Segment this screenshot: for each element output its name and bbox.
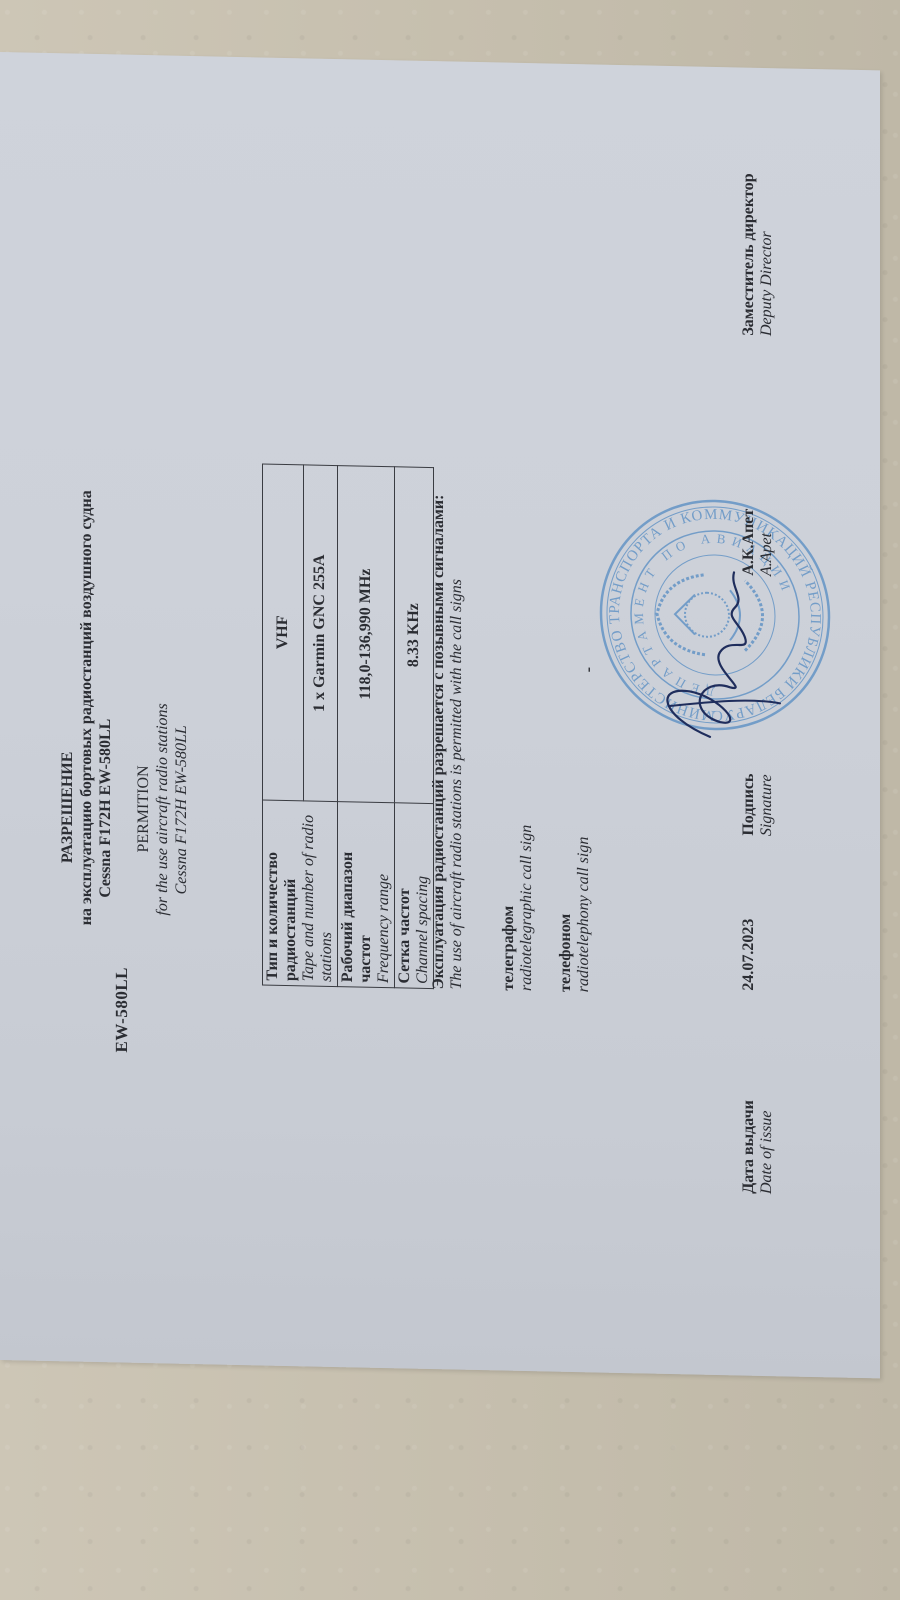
table-row: Сетка частот Channel spacing 8.33 KHz — [395, 467, 434, 989]
radio-spec-table: Тип и количество радиостанций Tape and n… — [262, 463, 434, 989]
permission-statement: Эксплуатация радиостанций разрешается с … — [430, 494, 466, 989]
telephony-value: EW-580LL — [112, 967, 132, 1053]
title-en: PERMITION — [134, 155, 153, 1463]
telephony-call-sign: телефоном radiotelephony call sign — [557, 825, 593, 992]
label-en: Tape and number of radio stations — [300, 805, 336, 982]
document-header: РАЗРЕШЕНИЕ на эксплуатацию бортовых ради… — [58, 53, 191, 1364]
call-signs-section: телеграфом radiotelegraphic call sign те… — [500, 824, 614, 993]
subtitle-en: for the use aircraft radio stations — [153, 155, 172, 1463]
table-header-row: Тип и количество радиостанций Tape and n… — [263, 464, 304, 986]
label-en: Frequency range — [375, 807, 393, 983]
permission-text-en: The use of aircraft radio stations is pe… — [448, 495, 466, 990]
paper-sheet: РАЗРЕШЕНИЕ на эксплуатацию бортовых ради… — [0, 52, 880, 1378]
issue-date-value: 24.07.2023 — [740, 919, 758, 991]
signature-label-en: Signature — [758, 774, 776, 836]
official-title-ru: Заместитель директор — [740, 173, 758, 336]
aircraft-ru: Cessna F172H EW-580LL — [96, 154, 115, 1462]
official-name: А.К.Апет A.Apet — [740, 509, 776, 577]
permission-text-ru: Эксплуатация радиостанций разрешается с … — [430, 494, 448, 989]
radio-stations-value: 1 x Garmin GNC 255A — [303, 465, 337, 802]
issue-date-label: Дата выдачи Date of issue — [740, 1100, 776, 1194]
handwritten-signature-icon — [650, 556, 800, 749]
subtitle-ru: на эксплуатацию бортовых радиостанций во… — [77, 54, 96, 1362]
table-header-vhf: VHF — [263, 464, 304, 801]
telegraph-label-en: radiotelegraphic call sign — [518, 825, 536, 992]
official-name-ru: А.К.Апет — [740, 509, 758, 576]
table-cell-label: Тип и количество радиостанций Tape and n… — [263, 800, 338, 987]
official-title-en: Deputy Director — [758, 174, 776, 337]
table-cell-label: Рабочий диапазон частот Frequency range — [338, 802, 395, 988]
table-cell-label: Сетка частот Channel spacing — [395, 803, 434, 989]
permit-document: РАЗРЕШЕНИЕ на эксплуатацию бортовых ради… — [0, 52, 880, 1378]
official-name-en: A.Apet — [758, 509, 776, 576]
table-row: Рабочий диапазон частот Frequency range … — [338, 466, 395, 988]
telegraph-call-sign: телеграфом radiotelegraphic call sign — [500, 824, 536, 991]
aircraft-en: Cessna F172H EW-580LL — [172, 156, 191, 1464]
label-ru: Тип и количество радиостанций — [264, 805, 300, 982]
channel-spacing-value: 8.33 KHz — [395, 467, 434, 804]
label-ru: Сетка частот — [396, 807, 414, 983]
telephony-label-en: radiotelephony call sign — [575, 826, 593, 993]
issue-date-label-ru: Дата выдачи — [740, 1100, 758, 1194]
telephony-label-ru: телефоном — [557, 825, 575, 992]
title-ru: РАЗРЕШЕНИЕ — [58, 153, 77, 1461]
issue-date-label-en: Date of issue — [758, 1100, 776, 1194]
signature-label: Подпись Signature — [740, 773, 776, 836]
telegraph-label-ru: телеграфом — [500, 824, 518, 991]
signature-label-ru: Подпись — [740, 773, 758, 835]
official-title: Заместитель директор Deputy Director — [740, 173, 776, 336]
label-ru: Рабочий диапазон частот — [339, 806, 375, 983]
frequency-range-value: 118,0-136,990 MHz — [338, 466, 395, 803]
